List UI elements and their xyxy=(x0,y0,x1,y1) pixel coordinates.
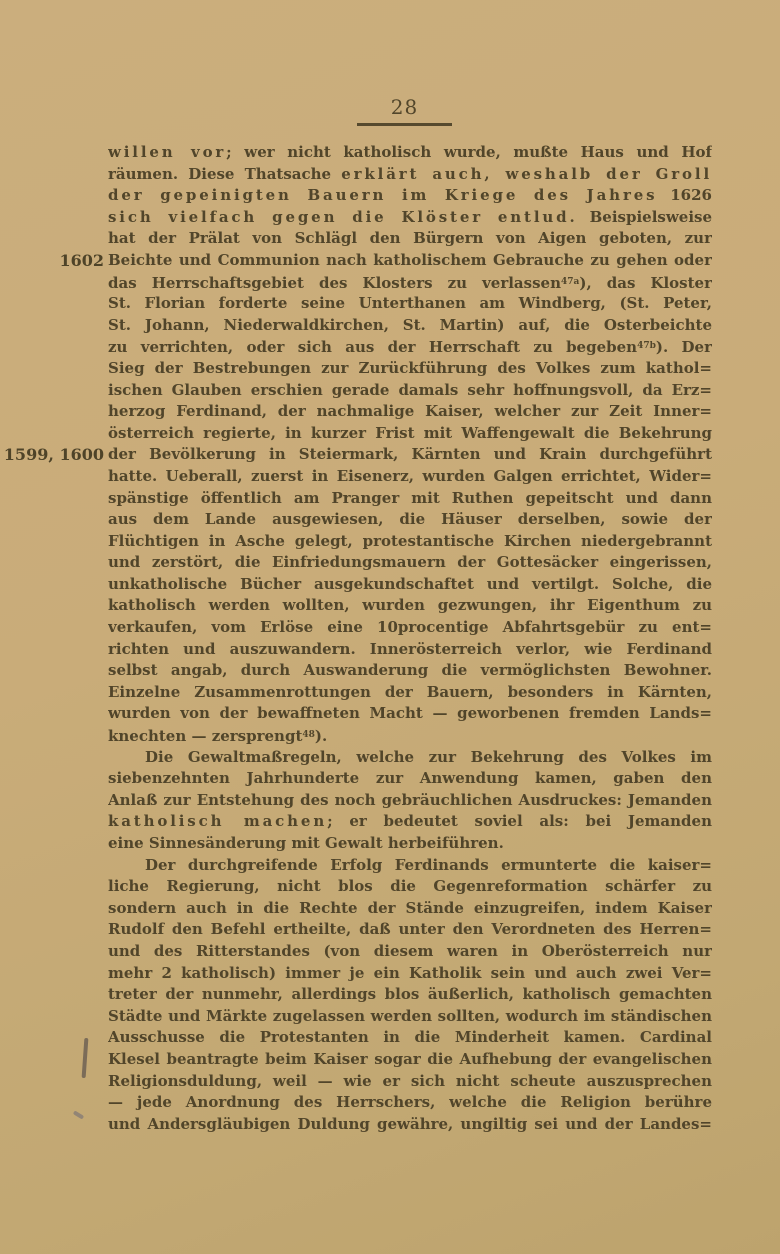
text-segment: der Bevölkerung in Steiermark, Kärnten u… xyxy=(108,445,712,463)
text-line: unkatholische Bücher ausgekundschaftet u… xyxy=(108,574,712,596)
text-line: hatte. Ueberall, zuerst in Eisenerz, wur… xyxy=(108,466,712,488)
text-segment: Rudolf den Befehl ertheilte, daß unter d… xyxy=(108,920,712,938)
text-segment: willen vor xyxy=(108,143,226,161)
text-segment: verkaufen, vom Erlöse eine 10procentige … xyxy=(108,618,712,636)
text-line: Religionsduldung, weil — wie er sich nic… xyxy=(108,1071,712,1093)
text-segment: — jede Anordnung des Herrschers, welche … xyxy=(108,1093,712,1111)
text-line: siebenzehnten Jahrhunderte zur Anwendung… xyxy=(108,768,712,790)
text-segment: ; er bedeutet soviel als: bei Jemanden xyxy=(327,812,712,830)
text-segment: richten und auszuwandern. Innerösterreic… xyxy=(108,640,712,658)
handwritten-pen-stroke xyxy=(82,1038,89,1078)
text-segment: ). xyxy=(315,727,327,745)
footnote-marker: 48 xyxy=(302,730,315,740)
text-line: der gepeinigten Bauern im Kriege des Jah… xyxy=(108,185,712,207)
text-segment: sich vielfach gegen die Klöster entlud. xyxy=(108,208,578,226)
text-line: zu verrichten, oder sich aus der Herrsch… xyxy=(108,336,712,358)
text-segment: liche Regierung, nicht blos die Gegenref… xyxy=(108,877,712,898)
text-line: räumen. Diese Thatsache erklärt auch, we… xyxy=(108,164,712,186)
handwritten-pen-tick xyxy=(73,1110,84,1119)
text-segment: ; wer nicht katholisch wurde, mußte Haus… xyxy=(226,143,712,161)
text-line: Städte und Märkte zugelassen werden soll… xyxy=(108,1006,712,1028)
text-segment: St. Florian forderte seine Unterthanen a… xyxy=(108,294,712,312)
text-line: treter der nunmehr, allerdings blos äuße… xyxy=(108,984,712,1006)
text-line: St. Florian forderte seine Unterthanen a… xyxy=(108,293,712,315)
text-segment: Der durchgreifende Erfolg Ferdinands erm… xyxy=(145,856,712,874)
text-segment: St. Johann, Niederwaldkirchen, St. Marti… xyxy=(108,316,712,334)
text-line: und zerstört, die Einfriedungsmauern der… xyxy=(108,552,712,574)
text-line: — jede Anordnung des Herrschers, welche … xyxy=(108,1092,712,1114)
text-block: willen vor; wer nicht katholisch wurde, … xyxy=(108,142,712,1135)
text-segment: Ausschusse die Protestanten in die Minde… xyxy=(108,1028,712,1046)
text-line: sondern auch in die Rechte der Stände ei… xyxy=(108,898,712,920)
text-line: knechten — zersprengt48). xyxy=(108,725,712,747)
text-segment: knechten — zersprengt xyxy=(108,727,302,745)
text-segment: eine Sinnesänderung mit Gewalt herbeifüh… xyxy=(108,834,504,852)
text-line: katholisch machen; er bedeutet soviel al… xyxy=(108,811,712,833)
text-segment: treter der nunmehr, allerdings blos äuße… xyxy=(108,985,712,1003)
text-line: eine Sinnesänderung mit Gewalt herbeifüh… xyxy=(108,833,712,855)
text-segment: Die Gewaltmaßregeln, welche zur Bekehrun… xyxy=(145,748,712,766)
text-line: der Bevölkerung in Steiermark, Kärnten u… xyxy=(108,444,712,466)
page-number: 28 xyxy=(357,95,452,119)
text-segment: sondern auch in die Rechte der Stände ei… xyxy=(108,899,712,917)
page-number-rule xyxy=(357,123,452,126)
text-line: österreich regierte, in kurzer Frist mit… xyxy=(108,423,712,445)
footnote-marker: 47b xyxy=(637,341,656,351)
text-line: aus dem Lande ausgewiesen, die Häuser de… xyxy=(108,509,712,531)
text-segment: erklärt auch, weshalb der Groll xyxy=(341,165,712,183)
text-line: herzog Ferdinand, der nachmalige Kaiser,… xyxy=(108,401,712,423)
text-segment: und des Ritterstandes (von diesem waren … xyxy=(108,942,712,960)
text-segment: und Andersgläubigen Duldung gewähre, ung… xyxy=(108,1115,712,1133)
text-segment: Sieg der Bestrebungen zur Zurückführung … xyxy=(108,359,712,377)
footnote-marker: 47a xyxy=(561,277,579,287)
text-line: das Herrschaftsgebiet des Klosters zu ve… xyxy=(108,272,712,294)
text-line: liche Regierung, nicht blos die Gegenref… xyxy=(108,876,712,898)
text-segment: Beispielsweise xyxy=(578,208,712,226)
text-line: verkaufen, vom Erlöse eine 10procentige … xyxy=(108,617,712,639)
text-segment: hatte. Ueberall, zuerst in Eisenerz, wur… xyxy=(108,467,712,485)
text-segment: ischen Glauben erschien gerade damals se… xyxy=(108,381,712,399)
text-segment: spänstige öffentlich am Pranger mit Ruth… xyxy=(108,489,712,507)
text-line: wurden von der bewaffneten Macht — gewor… xyxy=(108,703,712,725)
text-line: Der durchgreifende Erfolg Ferdinands erm… xyxy=(108,855,712,877)
text-segment: katholisch werden wollten, wurden gezwun… xyxy=(108,596,712,614)
text-segment: katholisch machen xyxy=(108,812,327,830)
text-segment: Religionsduldung, weil — wie er sich nic… xyxy=(108,1072,712,1090)
text-segment: 1626 xyxy=(657,186,712,204)
text-segment: hat der Prälat von Schlägl den Bürgern v… xyxy=(108,229,712,247)
text-segment: herzog Ferdinand, der nachmalige Kaiser,… xyxy=(108,402,712,420)
text-line: Anlaß zur Entstehung des noch gebräuchli… xyxy=(108,790,712,812)
text-line: willen vor; wer nicht katholisch wurde, … xyxy=(108,142,712,164)
text-line: und Andersgläubigen Duldung gewähre, ung… xyxy=(108,1114,712,1136)
text-line: mehr 2 katholisch) immer je ein Katholik… xyxy=(108,963,712,985)
text-line: Rudolf den Befehl ertheilte, daß unter d… xyxy=(108,919,712,941)
text-segment: und zerstört, die Einfriedungsmauern der… xyxy=(108,553,712,571)
text-line: sich vielfach gegen die Klöster entlud. … xyxy=(108,207,712,229)
text-segment: Flüchtigen in Asche gelegt, protestantis… xyxy=(108,532,712,550)
text-segment: unkatholische Bücher ausgekundschaftet u… xyxy=(108,575,712,596)
text-line: Flüchtigen in Asche gelegt, protestantis… xyxy=(108,531,712,553)
text-segment: selbst angab, durch Auswanderung die ver… xyxy=(108,661,712,679)
margin-year-note: 1599, 1600 xyxy=(0,444,104,466)
text-line: Die Gewaltmaßregeln, welche zur Bekehrun… xyxy=(108,747,712,769)
text-segment: das Herrschaftsgebiet des Klosters zu ve… xyxy=(108,274,561,292)
text-segment: ), das Kloster xyxy=(579,274,712,292)
text-segment: ). Der xyxy=(656,338,712,356)
text-line: katholisch werden wollten, wurden gezwun… xyxy=(108,595,712,617)
text-segment: zu verrichten, oder sich aus der Herrsch… xyxy=(108,338,637,356)
text-segment: Städte und Märkte zugelassen werden soll… xyxy=(108,1007,712,1025)
text-line: richten und auszuwandern. Innerösterreic… xyxy=(108,639,712,661)
text-line: selbst angab, durch Auswanderung die ver… xyxy=(108,660,712,682)
text-segment: Klesel beantragte beim Kaiser sogar die … xyxy=(108,1050,712,1068)
text-line: Ausschusse die Protestanten in die Minde… xyxy=(108,1027,712,1049)
text-segment: Anlaß zur Entstehung des noch gebräuchli… xyxy=(108,791,712,809)
text-segment: räumen. Diese Thatsache xyxy=(108,165,341,183)
text-line: Sieg der Bestrebungen zur Zurückführung … xyxy=(108,358,712,380)
book-page: 28 16021599, 1600 willen vor; wer nicht … xyxy=(0,0,780,1254)
text-line: Beichte und Communion nach katholischem … xyxy=(108,250,712,272)
text-line: hat der Prälat von Schlägl den Bürgern v… xyxy=(108,228,712,250)
text-segment: Einzelne Zusammenrottungen der Bauern, b… xyxy=(108,683,712,701)
text-line: St. Johann, Niederwaldkirchen, St. Marti… xyxy=(108,315,712,337)
text-line: Einzelne Zusammenrottungen der Bauern, b… xyxy=(108,682,712,704)
text-segment: aus dem Lande ausgewiesen, die Häuser de… xyxy=(108,510,712,528)
text-segment: mehr 2 katholisch) immer je ein Katholik… xyxy=(108,964,712,982)
text-segment: siebenzehnten Jahrhunderte zur Anwendung… xyxy=(108,769,712,787)
text-segment: Beichte und Communion nach katholischem … xyxy=(108,251,712,269)
text-line: ischen Glauben erschien gerade damals se… xyxy=(108,380,712,402)
margin-year-note: 1602 xyxy=(0,250,104,272)
text-line: spänstige öffentlich am Pranger mit Ruth… xyxy=(108,488,712,510)
text-segment: österreich regierte, in kurzer Frist mit… xyxy=(108,424,712,442)
text-line: und des Ritterstandes (von diesem waren … xyxy=(108,941,712,963)
text-segment: wurden von der bewaffneten Macht — gewor… xyxy=(108,704,712,722)
text-segment: der gepeinigten Bauern im Kriege des Jah… xyxy=(108,186,657,204)
text-line: Klesel beantragte beim Kaiser sogar die … xyxy=(108,1049,712,1071)
